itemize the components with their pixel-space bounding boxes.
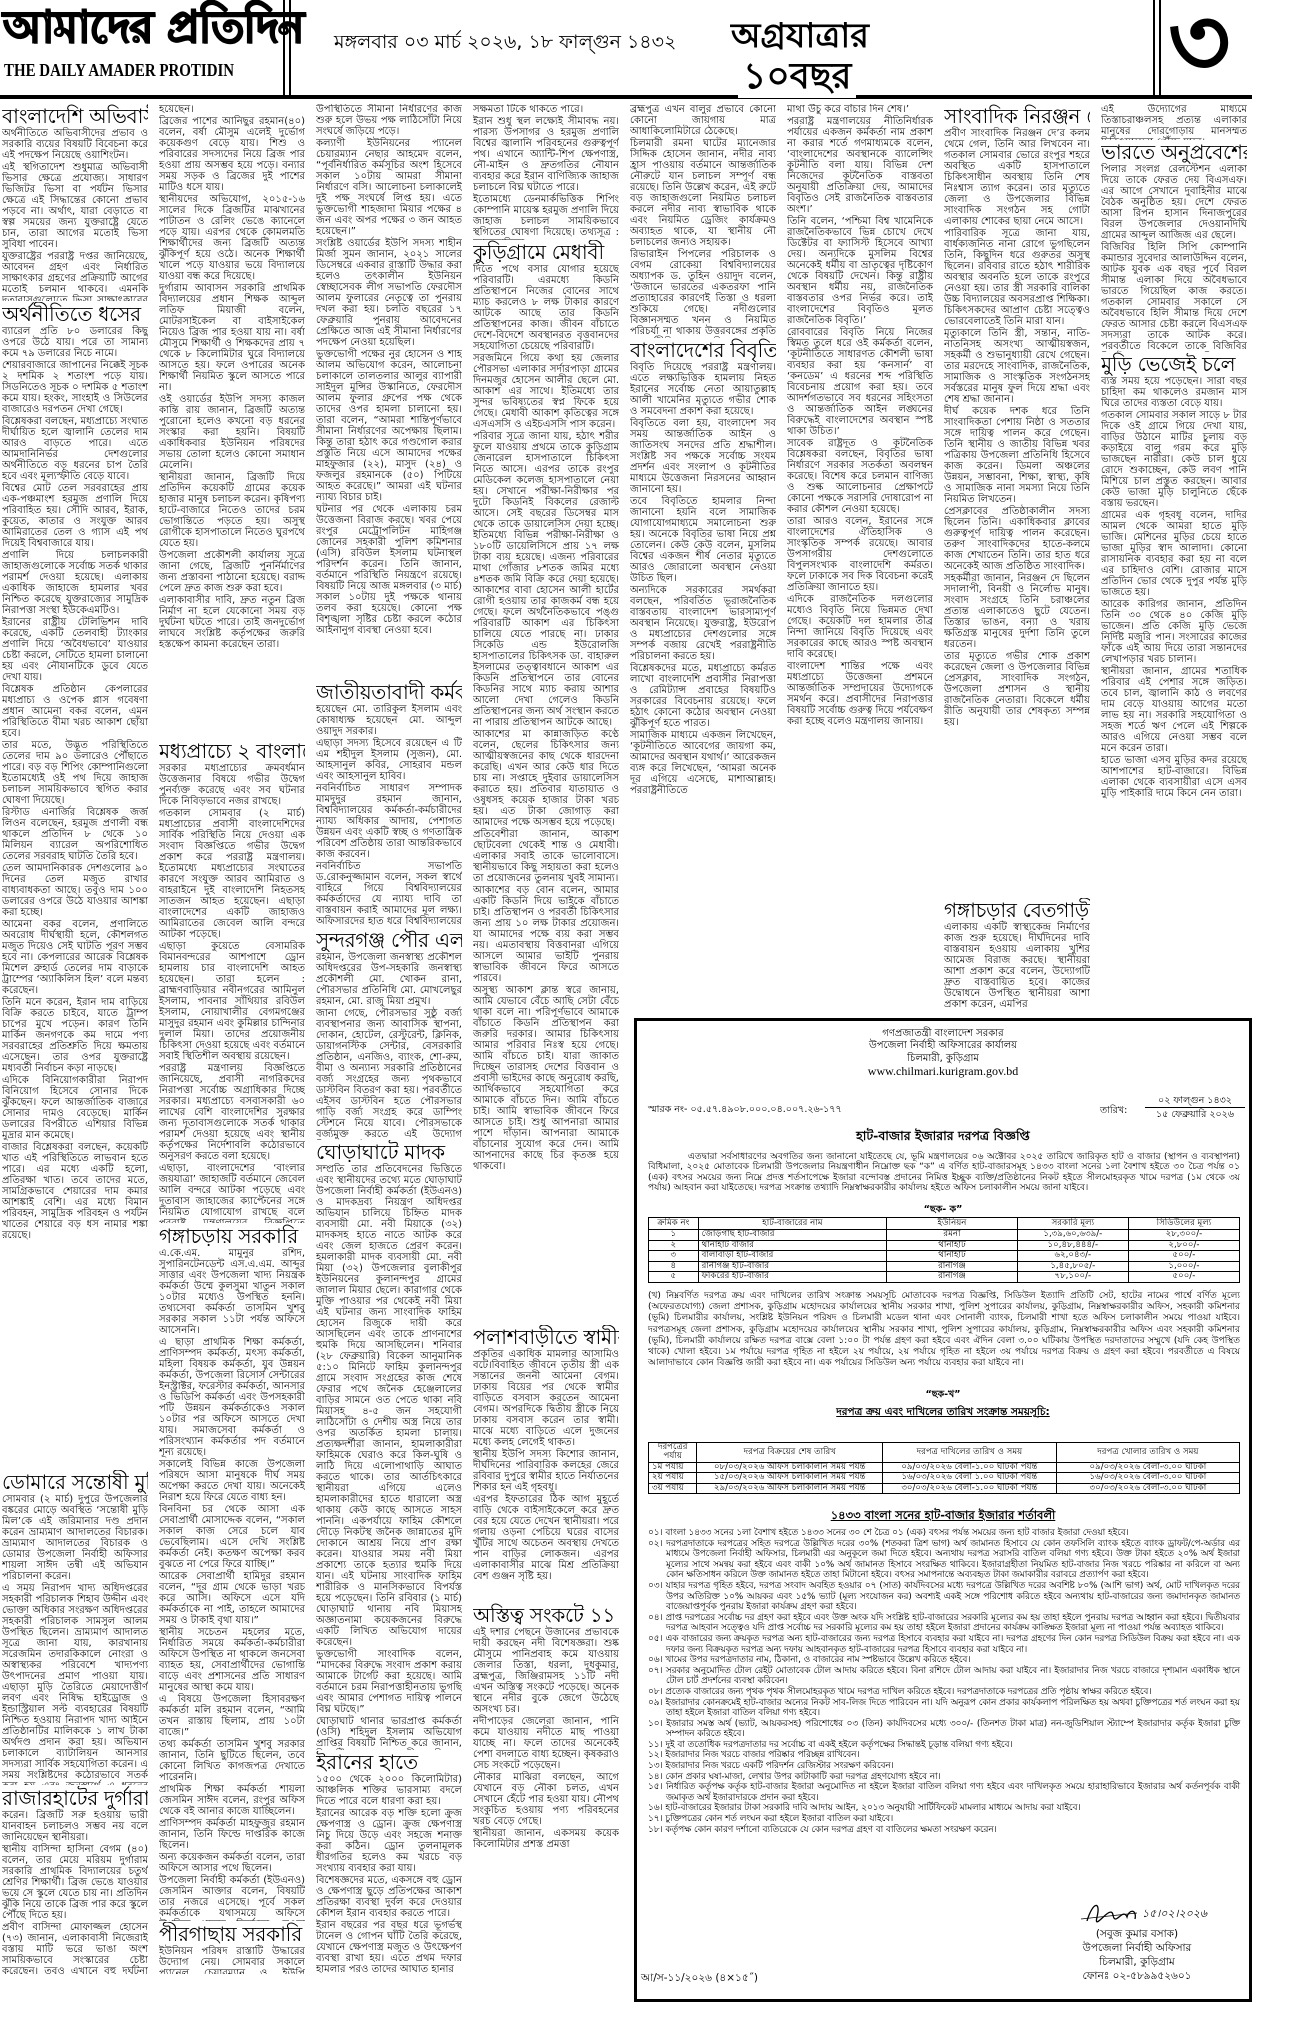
notice-intro: এতদ্বারা সর্বসাধারণের অবগতির জন্য জানানো… (648, 1152, 1240, 1193)
condition-item: ০৭। সরকার অনুমোদিত টোল রেইট মোতাবেক টোল … (648, 1666, 1240, 1687)
table-row: ২থানাহাট বাজারথানাহাট১০,৪৮,৪৪৪/-২,৮০০/- (649, 1240, 1240, 1251)
column-header: দরপত্র বিক্রয়ের শেষ তারিখ (697, 1443, 883, 1463)
article-body: সক্ষমতা টিকে থাকতে পারে।ইরান শুধু স্থল ল… (473, 104, 619, 240)
paragraph: রিভারাইন পিপলের পরিচালক ও বেগম রোকেয়া ব… (630, 249, 776, 338)
condition-item: ১৮। কর্তৃপক্ষ কোন কারণ দর্শানো ব্যতিরেকে… (648, 1825, 1240, 1836)
article-body: সোমবার (২ মার্চ) দুপুরে উপজেলার বঙ্করের … (2, 1494, 148, 1785)
paragraph: নৌকার মাঝিরা বলছেন, আগে যেখানে বড় নৌকা … (473, 1772, 619, 1827)
paragraph: স্থানীয়দের অভিযোগ, ২০১৫-১৬ সালের দিকে ব… (159, 194, 305, 282)
condition-item: ১৬। হাট-বাজারের ইজারার টাকা সরকারি দাবি … (648, 1803, 1240, 1814)
paragraph: হয়েছেন। (159, 104, 305, 115)
column-header: হাট-বাজারের নাম (698, 1218, 887, 1230)
condition-item: ১৩। ইজারাদার নিজ খরচে একটি পরিদর্শন রেজি… (648, 1761, 1240, 1772)
paragraph: এ ছাড়া প্রাথমিক শিক্ষা কর্মকর্তা, প্রাণ… (159, 1337, 305, 1458)
table-cell: ২ (649, 1240, 699, 1251)
table-cell: ৪ (649, 1261, 699, 1272)
article-bangladesh-statement: বাংলাদেশের বিবৃতি বিবৃতি দিয়েছে পররাষ্ট… (630, 338, 776, 1010)
article-body: ইউনিয়ন পরিষদ রাস্তাটি উদ্ধারের উদ্যোগ ন… (159, 1946, 305, 1974)
paragraph: স্থানীয় সচেতন মহলের মতে, নির্ধারিত সময়… (159, 1627, 305, 1693)
memo-number: স্মারক নং- ০৫.৫৭.৪৯০৮.০০০.০৪.০০৭.২৬-১৭৭ (648, 1103, 842, 1118)
headline: সুন্দরগঞ্জ পৌর এলাকায় (316, 928, 462, 952)
table-cell: ৫ (649, 1272, 699, 1283)
condition-item: ১৫। নির্ধারিত কর্তৃপক্ষ কর্তৃক হাট-বাজার… (648, 1782, 1240, 1803)
paragraph: আরেক কারিগর জানান, প্রতিদিন তিনি ৩০ থেকে… (1101, 599, 1247, 665)
condition-item: ০৩। যাহার দরপত্র গৃহিত হইবে, দরপত্র সংবা… (648, 1581, 1240, 1613)
article-body: ব্যস্ত সময় হয়ে পড়েছেন। সারা বছর চাহিদ… (1101, 376, 1247, 799)
article-muri-makers: মুড়ি ভেজেই চলে ব্যস্ত সময় হয়ে পড়েছেন… (1101, 352, 1247, 1010)
table-row: ৪রানীগঞ্জ হাট-বাজাররানীগঞ্জ১,৪৫,৮০৫/-১,০… (649, 1261, 1240, 1272)
paragraph: নবনির্বাচিত সভাপতি ড.রোকনুজ্জামান বলেন, … (316, 861, 462, 928)
condition-item: ১৭। চুক্তিপত্রের কোন শর্ত লংঘন করা হইলে … (648, 1814, 1240, 1825)
newspaper-english-name: THE DAILY AMADER PROTIDIN (4, 61, 234, 79)
double-rule-divider (283, 0, 291, 96)
paragraph: তিনি মনে করেন, ইরান দাম বাড়িয়ে বিক্রি … (2, 997, 148, 1074)
schedule-subtitle: দরপত্র ক্রয় এবং দাখিলের তারিখ সংক্রান্ত… (637, 1405, 1249, 1422)
paragraph: বিবৃতিতে বলা হয়, বাংলাদেশ সব সময় আন্তর… (630, 418, 776, 495)
paragraph: ব্যারেল প্রতি ৮০ ডলারের কিছু ওপরে উঠে যা… (2, 326, 148, 359)
paragraph: মাথা উঁচু করে বাঁচার দিন শেষ।’ (787, 104, 933, 115)
table-cell: ১৬/০৩/২০২৬ বেলা-৩.০০ ঘটিকা (1056, 1473, 1239, 1483)
article-economy-crash: অর্থনীতিতে ধসের ব্যারেল প্রতি ৮০ ডলারের … (2, 302, 148, 1469)
paragraph: প্রবীণ সাংবাদিক নিরঞ্জন দে’র কলম থেমে গে… (944, 128, 1090, 227)
paragraph: ব্রহ্মপুত্র এখন বালুর প্রভাবে কোনো কোনো … (630, 104, 776, 137)
paragraph: উপজেলা প্রকৌশলী কার্যালয় সূত্রে জানা গে… (159, 550, 305, 594)
article-body: প্রকৃতির একাধিক মামলার আসামিও বটে।বিবাহি… (473, 1349, 619, 1582)
article-body: ব্যারেল প্রতি ৮০ ডলারের কিছু ওপরে উঠে যা… (2, 326, 148, 1241)
office-name: উপজেলা নির্বাহী অফিসারের কার্যালয় (637, 1040, 1249, 1052)
headline: গঙ্গাচড়ায় সরকারি (159, 1224, 305, 1248)
table-row: ২য় পর্যায়১৫/০৩/২০২৬ অফিস চলাকালীন সময়… (649, 1473, 1240, 1483)
conditions-title: ১৪৩৩ বাংলা সনের হাট-বাজার ইজারার শর্তাবল… (637, 1507, 1249, 1526)
paragraph: কল্যাণী ইউনিয়নের প্যানেল চেয়ারম্যান নে… (316, 138, 462, 237)
headline: ইরানের হাতে (316, 1750, 462, 1774)
paragraph: রহমান, উপজেলা জনস্বাস্থ্য প্রকৌশল অধিদপ্… (316, 952, 462, 1007)
article-body: বিবৃতি দিয়েছে পররাষ্ট্র মন্ত্রণালয়। এত… (630, 362, 776, 796)
paragraph: সংশ্লিষ্ট ওয়ার্ডের ইউপি সদস্য শাহীন মির… (316, 238, 462, 348)
paragraph: উপস্থিতিতে সীমানা নির্ধারণের কাজ শুরু হল… (316, 104, 462, 137)
article-body: রহমান, উপজেলা জনস্বাস্থ্য প্রকৌশল অধিদপ্… (316, 952, 462, 1140)
paragraph: ঘটনার পর থেকে এলাকায় চরম উত্তেজনা বিরাজ… (316, 504, 462, 636)
paragraph: পররাষ্ট্র মন্ত্রণালয়ের নীতিনির্ধারক পর্… (787, 116, 933, 215)
paragraph: ইরানের আরেক বড় শক্তি হলো ক্রুজ ক্ষেপণাস… (316, 1808, 462, 1874)
tender-notice-advertisement: গণপ্রজাতন্ত্রী বাংলাদেশ সরকার উপজেলা নির… (634, 1018, 1252, 2002)
paragraph: স্থানীয়রা জানান, ব্রিজটি দিয়ে প্রতিদিন… (159, 472, 305, 549)
article-ghoraghat-drugs: ঘোড়াঘাটে মাদক সম্প্রতি তার প্রতিবেদনের … (316, 1140, 462, 1750)
article-rajarhat-durgaram: রাজারহাটের দুর্গারাম করেন। ব্রিজটি সরু হ… (2, 1786, 148, 1974)
paragraph: সরকার মধ্যপ্রাচ্যের ক্রমবর্ধমান উত্তেজনা… (159, 763, 305, 807)
newspaper-page: আমাদের প্রতিদিন THE DAILY AMADER PROTIDI… (0, 0, 1316, 2032)
paragraph: গতকাল সোমবার সকাল সাড়ে ৮ টার দিকে ওই গ্… (1101, 410, 1247, 509)
table-cell: থানাহাট (887, 1240, 1018, 1251)
table-kha-label: “ছক-খ” (637, 1389, 1249, 1401)
anniversary-label-top: অগ্রযাত্রার (731, 16, 869, 56)
article-continuation-rajarhat: হয়েছেন।ব্রিজের পাশের আনিছুর রহমান(৪০) ব… (159, 104, 305, 738)
paragraph: প্রাণিসম্পদ কর্মকর্তা মাহফুজুর রহমান জান… (159, 1818, 305, 1851)
anniversary-label-bottom: ১০বছর (738, 56, 856, 98)
headline: রাজারহাটের দুর্গারাম (2, 1786, 148, 1810)
page-number: ৩ (1168, 0, 1230, 98)
paragraph: প্রকৃতির একাধিক মামলার আসামিও বটে।বিবাহি… (473, 1349, 619, 1448)
paragraph: বিশ্বের মোট তেল সরবরাহের প্রায় এক-পঞ্চম… (2, 483, 148, 549)
signatory-location: চিলমারী, কুড়িগ্রাম (1037, 1955, 1237, 1969)
headline: বাংলাদেশি অভিবাসীদের (2, 104, 148, 128)
notice-schedule-paragraph: (খ) নিম্নবর্ণিত দরপত্র ক্রয় এবং দাখিলের… (648, 1291, 1240, 1369)
paragraph: আকাশের মা কান্নাজড়িত কণ্ঠে বলেন, ছেলের … (473, 729, 619, 828)
article-body: উপস্থিতিতে সীমানা নির্ধারণের কাজ শুরু হল… (316, 104, 462, 636)
headline: অর্থনীতিতে ধসের (2, 302, 148, 326)
newspaper-logo: আমাদের প্রতিদিন (3, 2, 303, 54)
paragraph: গ্রামের এক গৃহবধূ বলেন, দাদির আমল থেকে আ… (1101, 510, 1247, 598)
paragraph: যুক্তরাষ্ট্রের পররাষ্ট্র দপ্তর জানিয়েছে… (2, 251, 148, 301)
paragraph: এদিকে বিনিয়োগকারীরা নিরাপদ বিনিয়োগ হিস… (2, 1075, 148, 1141)
table-cell: ১০,৪৮,৪৪৪/- (1017, 1240, 1128, 1251)
paragraph: চিলমারী রমনা ঘাটের ম্যানেজার সিদ্দিক হোস… (630, 138, 776, 248)
table-cell: ৭৮,১০০/- (1017, 1272, 1128, 1283)
headline: মধ্যপ্রাচ্যে ২ বাংলাদেশির (159, 739, 305, 763)
table-header-row: দরপত্রের পর্যায় দরপত্র বিক্রয়ের শেষ তা… (649, 1443, 1240, 1463)
paragraph: সাবেক রাষ্ট্রদূত ও কূটনৈতিক বিশ্লেষকরা ব… (787, 438, 933, 515)
table-cell: ২,৮০০/- (1128, 1240, 1239, 1251)
paragraph: প্রাথমিক শিক্ষা কর্মকর্তা শায়লা জেসমিন … (159, 1784, 305, 1817)
article-body: ব্রহ্মপুত্র এখন বালুর প্রভাবে কোনো কোনো … (630, 104, 776, 338)
paragraph: বাজার বিশ্লেষকরা বলছেন, কয়েকটি খাত এই প… (2, 1142, 148, 1241)
table-cell: ৩য় পর্যায় (649, 1483, 697, 1493)
table-header: দরপত্রের পর্যায় দরপত্র বিক্রয়ের শেষ তা… (649, 1443, 1240, 1463)
column-header: দরপত্রের পর্যায় (649, 1443, 697, 1463)
signatory-block: (সবুজ কুমার বসাক) উপজেলা নির্বাহী অফিসার… (1037, 1927, 1237, 1983)
paragraph: এই দশার পেছনে উজানের প্রভাবকে দায়ী করছে… (473, 1627, 619, 1715)
table-ka-label: “ছক- ক” (637, 1204, 1249, 1216)
paragraph: নবনির্বাচিত সাধারণ সম্পাদক মামদুদুর রহমা… (316, 783, 462, 860)
table-cell: ১৬/০৩/২০২৬ বেলা ১.০০ ঘটিকা পর্যন্ত (883, 1473, 1057, 1483)
column-header: দরপত্র খোলার তারিখ ও সময় (1056, 1443, 1239, 1463)
paragraph: প্রণালি দিয়ে চলাচলকারী জাহাজগুলোকে সর্ব… (2, 550, 148, 616)
table-cell: বালাবাড়ী হাট-বাজার (698, 1251, 887, 1262)
paragraph: আকাশের বড় বোন বলেন, আমার একটি কিডনি দিয… (473, 885, 619, 984)
paragraph: ইউনিয়ন পরিষদ রাস্তাটি উদ্ধারের উদ্যোগ ন… (159, 1946, 305, 1974)
table-cell: ৩০/০৩/২০২৬ বেলা-৩.০০ ঘটিকা (1056, 1483, 1239, 1493)
paragraph: এই স্থগিতাদেশ শুধুমাত্র অভিবাসী ভিসার ক্… (2, 162, 148, 250)
paragraph: তারা আরও বলেন, ইরানের সঙ্গে বাংলাদেশের ঐ… (787, 516, 933, 593)
paragraph: এছাড়া সদস্য হিসেবে রয়েছেন এ টি এম শহীদ… (316, 738, 462, 782)
article-rivers-crisis: অস্তিত্ব সংকটে ১১ এই দশার পেছনে উজানের প… (473, 1603, 619, 1974)
table-cell: ৫০০/- (1128, 1272, 1239, 1283)
table-cell: ০৯/০৩/২০২৬ বেলা-৩.০০ ঘটিকা (1056, 1462, 1239, 1472)
signatory-phone: ফোনঃ ০২-৫৮৯৯৫২৬০১ (1037, 1969, 1237, 1983)
paragraph: অন্যদিকে সরকারের সমর্থকরা বলছেন, পরিবর্ত… (630, 585, 776, 662)
paragraph: এ বিষয়ে উপজেলা হিসাবরক্ষণ কর্মকর্তা মলি… (159, 1694, 305, 1738)
paragraph: সরজমিনে গিয়ে কথা হয় জেলার পৌরসভা এলাকা… (473, 353, 619, 430)
table-cell: ১,৪৫,৮০৫/- (1017, 1261, 1128, 1272)
paragraph: সোমবার (২ মার্চ) দুপুরে উপজেলার বঙ্করের … (2, 1494, 148, 1582)
paragraph: প্রবীণ বাসিন্দা মোফাজ্জল হোসেন (৭৩) জানা… (2, 1922, 148, 1974)
paragraph: হয়েছেন মো. তারিকুল ইসলাম এবং কোষাধ্যক্ষ… (316, 704, 462, 737)
paragraph: অন্য কয়েকজন কর্মকর্তা বলেন, তারা অফিসে … (159, 1852, 305, 1874)
article-india-infiltration: ভারতে অনুপ্রবেশের পিলার সংলগ্ন রেলস্টেশন… (1101, 140, 1247, 352)
condition-item: ০৮। প্রত্যেক বাজারের জন্য পৃথক পৃথক সীলম… (648, 1687, 1240, 1698)
table-body: ১ম পর্যায়০৮/০৩/২০২৬ অফিস চলাকালীন সময় … (649, 1462, 1240, 1493)
condition-item: ০৫। এক বাজারের জন্য ক্রয়কৃত দরপত্র অন্য… (648, 1634, 1240, 1655)
paragraph: পররাষ্ট্র মন্ত্রণালয় বিজ্ঞপ্তিতে জানিয়… (159, 1063, 305, 1162)
article-continuation-statement: মাথা উঁচু করে বাঁচার দিন শেষ।’পররাষ্ট্র … (787, 104, 933, 1010)
paragraph: তবে বিবৃতিতে হামলার নিন্দা জানানো হয়নি … (630, 496, 776, 584)
column-header: ইউনিয়ন (887, 1218, 1018, 1230)
article-palashbari-husband: পলাশবাড়ীতে স্বামীর প্রকৃতির একাধিক মামল… (473, 1325, 619, 1603)
paragraph: এই উদ্যোগের মাধ্যমে তিস্তাচরাঞ্চলসহ প্রত… (1101, 104, 1247, 140)
table-cell: ০৮/০৩/২০২৬ অফিস চলাকালীন সময় পর্যন্ত (697, 1462, 883, 1472)
paragraph: বিশ্লেষক প্রতিষ্ঠান কেপলারের মধ্যপ্রাচ্য… (2, 684, 148, 739)
header-rule (0, 95, 1252, 99)
table-header-row: ক্রমিক নং হাট-বাজারের নাম ইউনিয়ন সরকারি… (649, 1218, 1240, 1230)
article-body: অর্থনীতিতে অভিবাসীদের প্রভাব ও সরকারি ব্… (2, 128, 148, 301)
paragraph: ইরানের রাষ্ট্রীয় টেলিভিশন দাবি করেছে, এ… (2, 617, 148, 683)
condition-item: ০১। বাংলা ১৪৩৩ সনের ১লা বৈশাখ হইতে ১৪৩৩ … (648, 1528, 1240, 1539)
condition-item: ০৯। ইজারাদার কোনক্রমেই হাট-বাজার অন্যের … (648, 1698, 1240, 1719)
notice-letterhead: গণপ্রজাতন্ত্রী বাংলাদেশ সরকার উপজেলা নির… (637, 1028, 1249, 1077)
paragraph: স্থানীয়রা জানান, একসময় কয়েক কিলোমিটার… (473, 1828, 619, 1850)
headline: মুড়ি ভেজেই চলে (1101, 352, 1247, 376)
table-cell: ১,৩৯,৬০,৬৩৯/- (1017, 1230, 1128, 1241)
article-continuation-iran: সক্ষমতা টিকে থাকতে পারে।ইরান শুধু স্থল ল… (473, 104, 619, 240)
article-body: পিলার সংলগ্ন রেলস্টেশন এলাকা দিয়ে তাকে … (1101, 164, 1247, 352)
advertisement-code: আ/স-১১/২০২৬ (৪×১৫˝) (641, 1971, 758, 1988)
paragraph: ইরান বছরের পর বছর ধরে ভূগর্ভস্থ টানেল ও … (316, 1920, 462, 1974)
headline: ডোমারে সন্তোষী মুড়ি (2, 1470, 148, 1494)
paragraph: অসুস্থ্য আকাশ ক্লান্ত স্বরে জানায়, আমি … (473, 985, 619, 1172)
article-kurigram-student: কুড়িগ্রামে মেধাবী দিতে পথে বসার যোগার হ… (473, 240, 619, 1325)
paragraph: সামাজিক মাধ্যমে একজন লিখেছেন, ‘কূটনীতিতে… (630, 730, 776, 796)
paragraph: সহকর্মীরা জানান, নিরঞ্জন দে ছিলেন সদালাপ… (944, 573, 1090, 650)
paragraph: স্থানীয় ইউপি সদস্য কিশোর জানান, দীর্ঘদি… (473, 1449, 619, 1493)
paragraph: পিলার সংলগ্ন রেলস্টেশন এলাকা দিয়ে তাকে … (1101, 164, 1247, 241)
article-body: হয়েছেন মো. তারিকুল ইসলাম এবং কোষাধ্যক্ষ… (316, 704, 462, 928)
table-body: ১জোড়গাছ হাট-বাজাররমনা১,৩৯,৬০,৬৩৯/-২৮,৩০… (649, 1230, 1240, 1283)
column-header: সরকারি মূল্য (1017, 1218, 1128, 1230)
headline: কুড়িগ্রামে মেধাবী (473, 240, 619, 264)
paragraph: করেন। ব্রিজটি সরু হওয়ায় ভারী যানবাহন চ… (2, 1810, 148, 1843)
paragraph: শেয়ারবাজারে জাপানের নিক্কেই সূচক ২ দশমি… (2, 360, 148, 415)
paragraph: ব্যস্ত সময় হয়ে পড়েছেন। সারা বছর চাহিদ… (1101, 376, 1247, 409)
table-cell: ০৯/০৩/২০২৬ বেলা-১.০০ ঘটিকা পর্যন্ত (883, 1462, 1057, 1472)
table-cell: ২য় পর্যায় (649, 1473, 697, 1483)
condition-item: ১৪। কোন প্রকার ঘষা-মাজা, লেখার উপর কাটাক… (648, 1772, 1240, 1783)
headline: গঙ্গাচড়ার বেতগাড়ী (944, 898, 1090, 922)
article-bangladeshi-immigrants: বাংলাদেশি অভিবাসীদের অর্থনীতিতে অভিবাসীদ… (2, 104, 148, 301)
paragraph: এলাকায় একটি স্বাস্থ্যকেন্দ্র নির্মাণের … (944, 922, 1090, 1010)
article-continuation-rivers: ব্রহ্মপুত্র এখন বালুর প্রভাবে কোনো কোনো … (630, 104, 776, 338)
paragraph: তার মতে, উদ্ভূত পরিস্থিতিতে তেলের দাম ৯০… (2, 740, 148, 806)
paragraph: রোববারের বিবৃতি নিয়ে নিজের স্বিমত তুলে … (787, 327, 933, 437)
paragraph: পারিবারিক সূত্রে জানা যায়, বার্ধক্যজনিত… (944, 228, 1090, 327)
paragraph: এছাড়া, বাংলাদেশের ‘বাংলার জয়যাত্রা’ জা… (159, 1163, 305, 1223)
headline: ঘোড়াঘাটে মাদক (316, 1140, 462, 1164)
article-gangachara-betgari: গঙ্গাচড়ার বেতগাড়ী এলাকায় একটি স্বাস্থ… (944, 898, 1090, 1010)
paragraph: এদিকে রাজনৈতিক দলগুলোর মধ্যেও বিবৃতি নিয… (787, 594, 933, 660)
table-cell: থানাহাট (887, 1251, 1018, 1262)
paragraph: তার মৃত্যুতে গভীর শোক প্রকাশ করেছেন জেলা… (944, 651, 1090, 728)
paragraph: মৃত্যুকালে তিনি স্ত্রী, সন্তান, নাতি-নাত… (944, 328, 1090, 405)
table-header: ক্রমিক নং হাট-বাজারের নাম ইউনিয়ন সরকারি… (649, 1218, 1240, 1230)
table-row: ১ম পর্যায়০৮/০৩/২০২৬ অফিস চলাকালীন সময় … (649, 1462, 1240, 1472)
article-nationalist-officers: জাতীয়তাবাদী কর্মকর্তা হয়েছেন মো. তারিক… (316, 680, 462, 928)
table-cell: ১৫/০৩/২০২৬ অফিস চলাকালীন সময় পর্যন্ত (697, 1473, 883, 1483)
signatory-designation: উপজেলা নির্বাহী অফিসার (1037, 1941, 1237, 1955)
table-cell: রানীগঞ্জ (887, 1261, 1018, 1272)
headline: অস্তিত্ব সংকটে ১১ (473, 1603, 619, 1627)
article-middle-east-bangladeshis: মধ্যপ্রাচ্যে ২ বাংলাদেশির সরকার মধ্যপ্রা… (159, 739, 305, 1223)
office-website: www.chilmari.kurigram.gov.bd (637, 1065, 1249, 1077)
headline: ভারতে অনুপ্রবেশের (1101, 140, 1247, 164)
paragraph: সক্ষমতা টিকে থাকতে পারে। (473, 104, 619, 115)
paragraph: দিতে পথে বসার যোগার হয়েছে পরিবারটি। এরম… (473, 264, 619, 352)
paragraph: বিশেষজ্ঞদের মতে, একসঙ্গে বহু ড্রোন ও ক্ষ… (316, 1875, 462, 1919)
article-body: প্রবীণ সাংবাদিক নিরঞ্জন দে’র কলম থেমে গে… (944, 128, 1090, 728)
headline: জাতীয়তাবাদী কর্মকর্তা (316, 680, 462, 704)
paragraph: এ সময় নিরাপদ খাদ্য অধিদপ্তরের সহকারী পর… (2, 1583, 148, 1785)
condition-item: ১০। ইজারার সমস্ত অর্থ (ভ্যাট, আয়করসহ) প… (648, 1719, 1240, 1740)
date-bangla: ০২ ফাল্গুন ১৪৩২ (1145, 1095, 1245, 1108)
article-body: দিতে পথে বসার যোগার হয়েছে পরিবারটি। এরম… (473, 264, 619, 1172)
paragraph: বিজিবির হিলি সিপি কোম্পানি কমান্ডার সুবে… (1101, 242, 1247, 352)
date-label: তারিখ: (1100, 1104, 1127, 1119)
article-body: এলাকায় একটি স্বাস্থ্যকেন্দ্র নির্মাণের … (944, 922, 1090, 1010)
column-header: দরপত্র দাখিলের তারিখ ও সময় (883, 1443, 1057, 1463)
paragraph: ইরান শুধু স্থল লক্ষ্যেই সীমাবদ্ধ নয়। পা… (473, 116, 619, 193)
article-body: সম্প্রতি তার প্রতিবেদনের ভিত্তিতে এবং স্… (316, 1164, 462, 1750)
paragraph: তেল আমদানিকারক দেশগুলোর ৯০ দিনের তেল মজু… (2, 863, 148, 918)
column-header: ক্রমিক নং (649, 1218, 699, 1230)
paragraph: স্থানীয় বাসিন্দা হাসিনা বেগম (৪০) বলেন,… (2, 1844, 148, 1921)
date-gregorian: ১৫ ফেব্রুয়ারি ২০২৬ (1145, 1109, 1245, 1121)
paragraph: এলাকাবাসীর দাবি, দ্রুত নতুন ব্রিজ নির্মা… (159, 595, 305, 650)
condition-item: ০৬। খামের উপর দরপত্রদাতার নাম, ঠিকানা, ও… (648, 1655, 1240, 1666)
paragraph: ওই ওয়ার্ডের ইউপি সদস্য কাজল কান্তি রায়… (159, 394, 305, 471)
headline: পীরগাছায় সরকারি (159, 1922, 305, 1946)
paragraph: সম্প্রতি তার প্রতিবেদনের ভিত্তিতে এবং স্… (316, 1164, 462, 1648)
article-body: সরকার মধ্যপ্রাচ্যের ক্রমবর্ধমান উত্তেজনা… (159, 763, 305, 1223)
table-cell: ৬২,০৪৩/- (1017, 1251, 1128, 1262)
paragraph: বিশ্লেষকদের মতে, মধ্যপ্রাচ্যে কর্মরত লাখ… (630, 663, 776, 729)
article-body: ১৫০০ থেকে ২০০০ কিলোমিটার) আঞ্চলিক শক্তির… (316, 1774, 462, 1974)
paragraph: পরিবার সূত্রে জানা যায়, হঠাৎ শরীর ফুলে … (473, 431, 619, 728)
paragraph: প্রতিবেশীরা জানান, আকাশ ছোটবেলা থেকেই শা… (473, 829, 619, 884)
paragraph: স্থানীয়রা জানান, গ্রামের শতাধিক পরিবার … (1101, 666, 1247, 754)
paragraph: ইতোমধ্যে ডেনমার্কভিত্তিক শিপিং কোম্পানি … (473, 194, 619, 240)
signature-date: ১৫।০২।২০২৬ (1142, 1905, 1207, 1924)
tender-schedule-table: দরপত্রের পর্যায় দরপত্র বিক্রয়ের শেষ তা… (648, 1442, 1240, 1494)
paragraph: সকালেই বিভিন্ন কাজে উপজেলা পরিষদে আসা মা… (159, 1459, 305, 1503)
paragraph: ১৫০০ থেকে ২০০০ কিলোমিটার) আঞ্চলিক শক্তির… (316, 1774, 462, 1807)
paragraph: নদীপাড়ের জেলেরা জানান, পানি কমে যাওয়ায… (473, 1716, 619, 1771)
article-gangachara-officials: গঙ্গাচড়ায় সরকারি এ.কে.এম. মামুনুর রশিদ… (159, 1224, 305, 1921)
headline: সাংবাদিক নিরঞ্জন দে (944, 104, 1090, 128)
conditions-list: ০১। বাংলা ১৪৩৩ সনের ১লা বৈশাখ হইতে ১৪৩৩ … (648, 1528, 1240, 1835)
paragraph: এছাড়া কুয়েতে বেসামরিক বিমানবন্দরের আশপ… (159, 941, 305, 1062)
column-header: সিডিউলের মূল্য (1128, 1218, 1239, 1230)
table-cell: ৩ (649, 1251, 699, 1262)
paragraph: ঘোড়াঘাট থানার ভারপ্রাপ্ত কর্মকর্তা (ওসি… (316, 1716, 462, 1750)
paragraph: হাতে ভাজা এসব মুড়ির কদর রয়েছে আশপাশের … (1101, 755, 1247, 799)
table-cell: রমনা (887, 1230, 1018, 1241)
paragraph: জানা গেছে, পৌরসভার সুষ্ঠু বর্জ্য ব্যবস্থ… (316, 1008, 462, 1140)
table-cell: ফকিরের হাট-বাজার (698, 1272, 887, 1283)
paragraph: ভুক্তভোগী পক্ষের নুর হোসেন ও শাহ আলম অভি… (316, 349, 462, 503)
table-row: ১জোড়গাছ হাট-বাজাররমনা১,৩৯,৬০,৬৩৯/-২৮,৩০… (649, 1230, 1240, 1241)
paragraph: বিশ্লেষকরা বলছেন, মধ্যপ্রাচ্যে সংঘাত দীর… (2, 416, 148, 482)
article-domar-muri: ডোমারে সন্তোষী মুড়ি সোমবার (২ মার্চ) দু… (2, 1470, 148, 1785)
article-sundarganj-municipality: সুন্দরগঞ্জ পৌর এলাকায় রহমান, উপজেলা জনস… (316, 928, 462, 1140)
article-body: করেন। ব্রিজটি সরু হওয়ায় ভারী যানবাহন চ… (2, 1810, 148, 1974)
article-continuation-pirgachha: উপস্থিতিতে সীমানা নির্ধারণের কাজ শুরু হল… (316, 104, 462, 680)
article-pirgachha-road: পীরগাছায় সরকারি ইউনিয়ন পরিষদ রাস্তাটি … (159, 1922, 305, 1974)
paragraph: তিনি বলেন, ‘পশ্চিমা বিশ্ব খামেনিকে রাজনৈ… (787, 216, 933, 326)
paragraph: এ.কে.এম. মামুনুর রশিদ, সুপারিনটেনডেন্ট এ… (159, 1248, 305, 1336)
paragraph: দুর্গারাম আবাসন সরকারি প্রাথমিক বিদ্যালয… (159, 283, 305, 393)
paragraph: অর্থনীতিতে অভিবাসীদের প্রভাব ও সরকারি ব্… (2, 128, 148, 161)
paragraph: আমেনা বকর বলেন, প্রণালিতে অবরোধ দীর্ঘস্থ… (2, 919, 148, 996)
article-body: হয়েছেন।ব্রিজের পাশের আনিছুর রহমান(৪০) ব… (159, 104, 305, 650)
table-cell: জোড়গাছ হাট-বাজার (698, 1230, 887, 1241)
table-cell: থানাহাট বাজার (698, 1240, 887, 1251)
paragraph: ব্রিজের পাশের আনিছুর রহমান(৪০) বলেন, বর্… (159, 116, 305, 193)
signatory-name: (সবুজ কুমার বসাক) (1037, 1927, 1237, 1941)
condition-item: ১১। দুই বা ততোধিক দরপত্রদাতার দর সর্বোচ্… (648, 1740, 1240, 1751)
table-cell: ৫০০/- (1128, 1251, 1239, 1262)
article-body: এ.কে.এম. মামুনুর রশিদ, সুপারিনটেনডেন্ট এ… (159, 1248, 305, 1921)
table-cell: ২৮,৩০০/- (1128, 1230, 1239, 1241)
table-cell: ১ম পর্যায় (649, 1462, 697, 1472)
condition-item: ১২। ইজারাদার নিজ খরচে বাজার পরিষ্কার পরি… (648, 1750, 1240, 1761)
headline: বাংলাদেশের বিবৃতি (630, 338, 776, 362)
table-cell: ১ (649, 1230, 699, 1241)
paragraph: আরেক সেবাপ্রার্থী হামিদুর রহমান বলেন, “দ… (159, 1571, 305, 1626)
article-continuation-betgari: এই উদ্যোগের মাধ্যমে তিস্তাচরাঞ্চলসহ প্রত… (1101, 104, 1247, 140)
condition-item: ০২। দরপত্রদাতাকে দরপত্রের সহিত দরপত্রে উ… (648, 1539, 1240, 1581)
article-iran-arsenal: ইরানের হাতে ১৫০০ থেকে ২০০০ কিলোমিটার) আঞ… (316, 1750, 462, 1974)
paragraph: গতকাল সোমবার (২ মার্চ) মধ্যপ্রাচ্যের প্র… (159, 808, 305, 940)
notice-title: হাট-বাজার ইজারার দরপত্র বিজ্ঞপ্তি (637, 1128, 1249, 1144)
table-row: ৫ফকিরের হাট-বাজাররানীগঞ্জ৭৮,১০০/-৫০০/- (649, 1272, 1240, 1283)
paragraph: এরপর ইফতারের ঠিক আগ মুহূর্তে বাড়ি থেকে … (473, 1494, 619, 1582)
article-body: মাথা উঁচু করে বাঁচার দিন শেষ।’পররাষ্ট্র … (787, 104, 933, 727)
table-row: ৩বালাবাড়ী হাট-বাজারথানাহাট৬২,০৪৩/-৫০০/- (649, 1251, 1240, 1262)
government-name: গণপ্রজাতন্ত্রী বাংলাদেশ সরকার (637, 1028, 1249, 1040)
paragraph: প্রেসক্লাবের প্রতিষ্ঠাকালীন সদস্য ছিলেন … (944, 506, 1090, 572)
article-body: এই দশার পেছনে উজানের প্রভাবকে দায়ী করছে… (473, 1627, 619, 1850)
paragraph: বাংলাদেশ শান্তির পক্ষে এবং মধ্যপ্রাচ্যে … (787, 661, 933, 727)
paragraph: উপজেলা নির্বাহী কর্মকর্তা (ইউএনও) জেসমিন… (159, 1875, 305, 1921)
table-cell: রানীগঞ্জ হাট-বাজার (698, 1261, 887, 1272)
condition-item: ০৪। প্রাপ্ত দরপত্রের সর্বোচ্চ দর গ্রহণ ক… (648, 1613, 1240, 1634)
paragraph: ভুক্তভোগী সাংবাদিক বলেন, “মাদকের বিরুদ্ধ… (316, 1649, 462, 1715)
market-list-table: ক্রমিক নং হাট-বাজারের নাম ইউনিয়ন সরকারি… (648, 1217, 1240, 1283)
paragraph: দীর্ঘ কয়েক দশক ধরে তিনি সাংবাদিকতা পেশা… (944, 406, 1090, 505)
paragraph: রিস্টাড এনার্জির বিশ্লেষক জর্জ লিওন বলেছ… (2, 807, 148, 862)
table-cell: রানীগঞ্জ (887, 1272, 1018, 1283)
table-cell: ২৯/০৩/২০২৬ অফিস চলাকালীন সময় পর্যন্ত (697, 1483, 883, 1493)
paragraph: তথ্য কর্মকর্তা তাসমিন খুশবু সরকার জানান,… (159, 1739, 305, 1783)
paragraph: বিনবিনা চর থেকে আসা এক সেবাপ্রার্থী মোসা… (159, 1504, 305, 1570)
headline: পলাশবাড়ীতে স্বামীর (473, 1325, 619, 1349)
issue-date: মঙ্গলবার ০৩ মার্চ ২০২৬, ১৮ ফাল্গুন ১৪৩২ (334, 30, 676, 54)
table-cell: ৩০/০৩/২০২৬ বেলা-১.০০ ঘটিকা পর্যন্ত (883, 1483, 1057, 1493)
paragraph: বিবৃতি দিয়েছে পররাষ্ট্র মন্ত্রণালয়। এত… (630, 362, 776, 417)
double-rule-divider (1153, 0, 1161, 96)
table-cell: ১,০০০/- (1128, 1261, 1239, 1272)
article-body: এই উদ্যোগের মাধ্যমে তিস্তাচরাঞ্চলসহ প্রত… (1101, 104, 1247, 140)
table-row: ৩য় পর্যায়২৯/০৩/২০২৬ অফিস চলাকালীন সময়… (649, 1483, 1240, 1493)
article-journalist-niranjan-dey: সাংবাদিক নিরঞ্জন দে প্রবীণ সাংবাদিক নিরঞ… (944, 104, 1090, 898)
